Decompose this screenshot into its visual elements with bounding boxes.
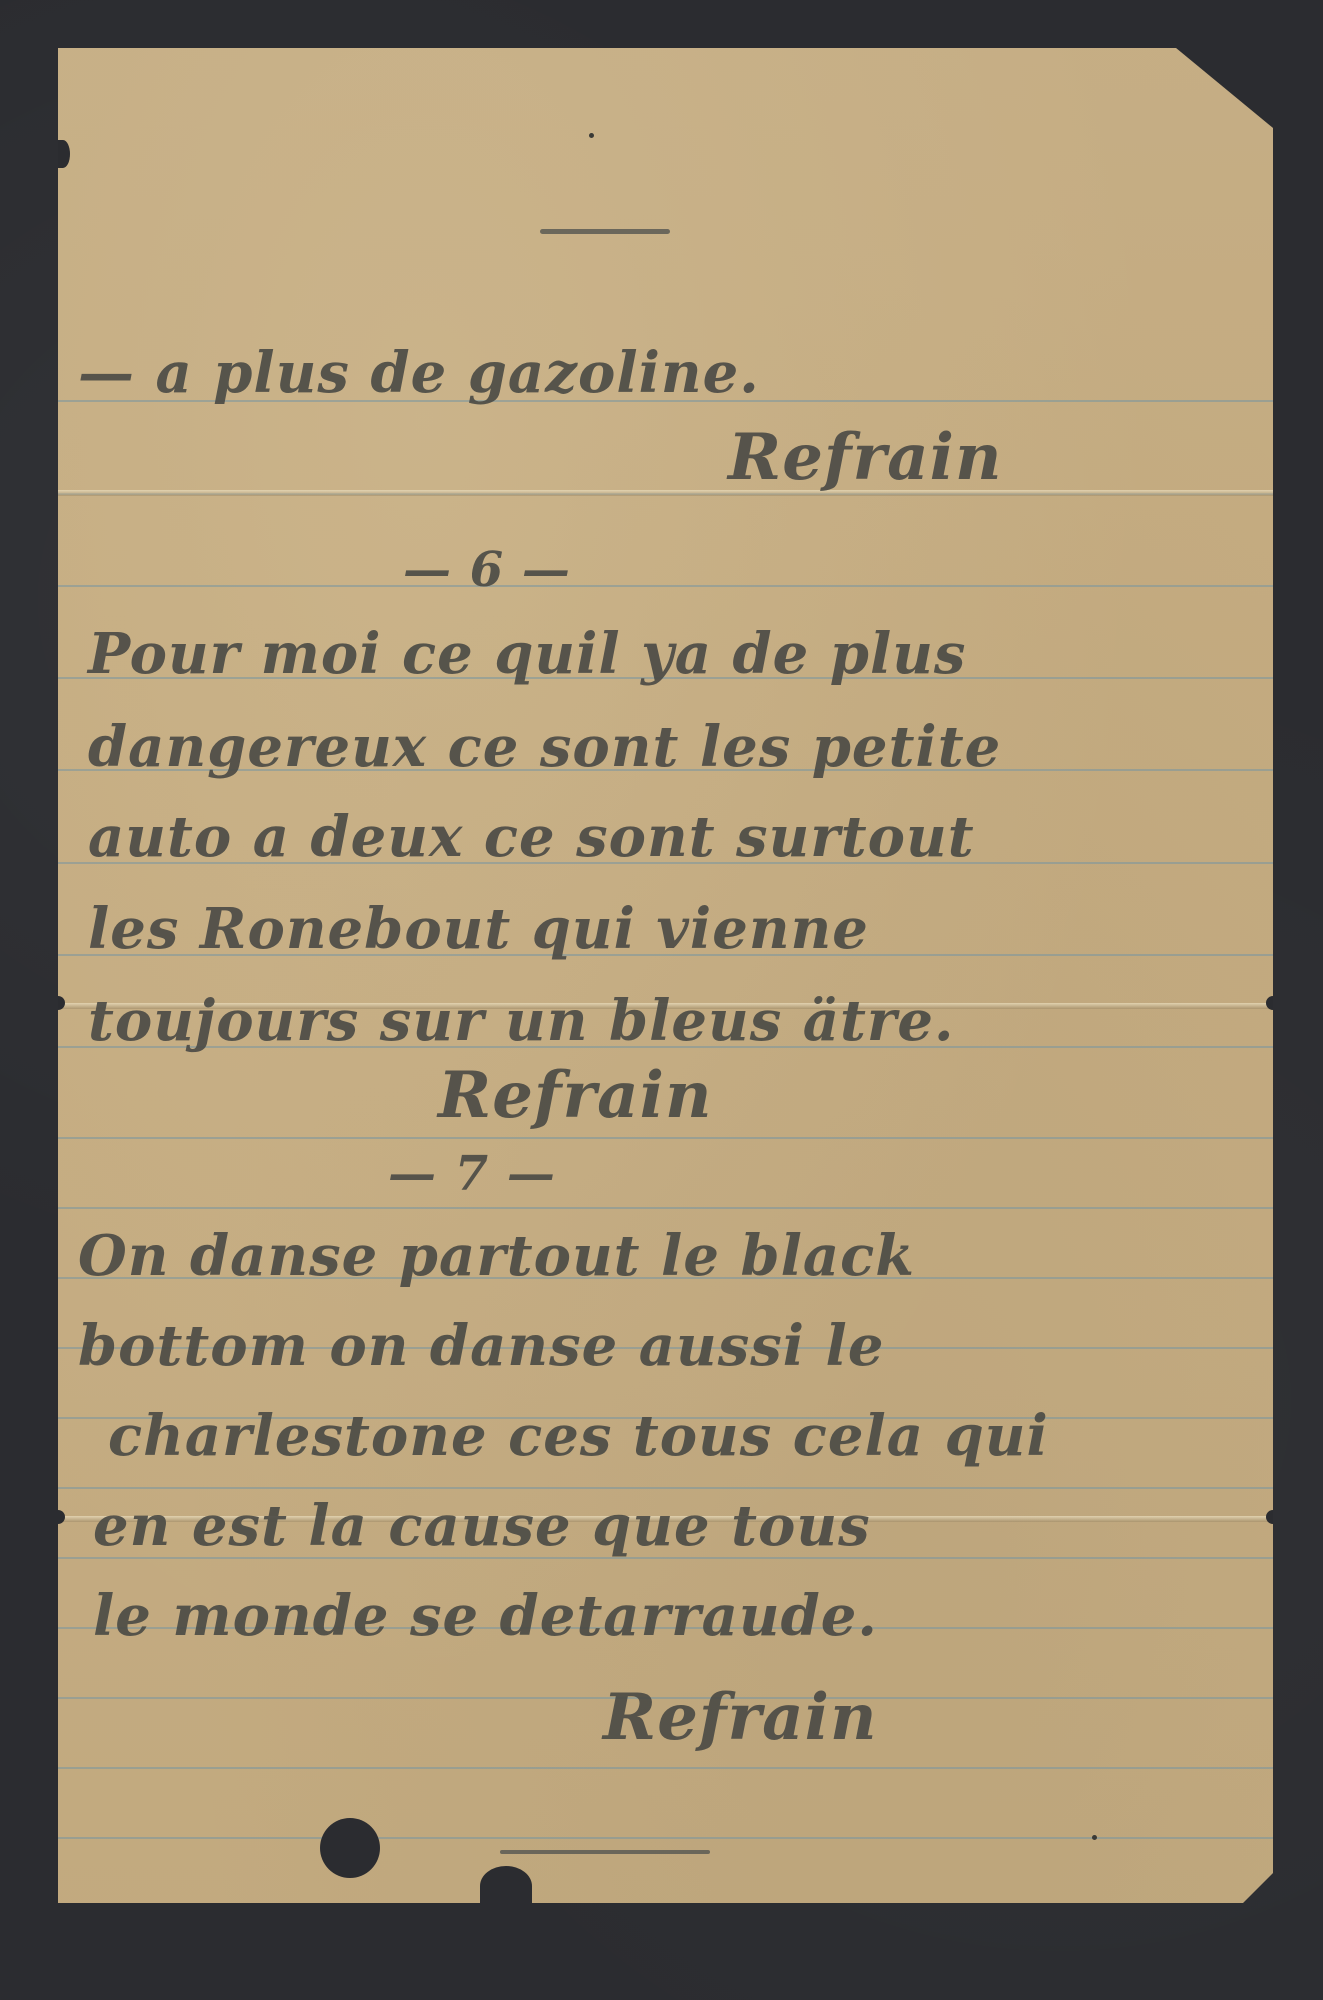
verse-line: en est la cause que tous (93, 1493, 871, 1559)
verse-line: dangereux ce sont les petite (88, 714, 1001, 780)
verse-line: On danse partout le black (78, 1223, 915, 1289)
refrain-label: Refrain (728, 420, 1002, 495)
torn-edge-notch (56, 140, 70, 168)
ruled-line (58, 1767, 1273, 1769)
fold-crease (58, 490, 1273, 496)
verse-line: auto a deux ce sont surtout (88, 804, 975, 870)
verse-line: bottom on danse aussi le (78, 1313, 884, 1379)
end-separator-dash (500, 1850, 710, 1854)
verse-line: charlestone ces tous cela qui (108, 1403, 1049, 1469)
refrain-label: Refrain (438, 1058, 712, 1133)
manuscript-page: — a plus de gazoline. Refrain — 6 — Pour… (58, 48, 1273, 1903)
verse-number-label: — 6 — (403, 542, 571, 598)
ruled-line (58, 1487, 1273, 1489)
verse-line: les Ronebout qui vienne (88, 896, 869, 962)
ruled-line (58, 1137, 1273, 1139)
ink-speck (1092, 1835, 1097, 1840)
verse-line: toujours sur un bleus ätre. (88, 988, 955, 1054)
verse-number-label: — 7 — (388, 1146, 556, 1202)
punch-hole (320, 1818, 380, 1878)
ink-speck (589, 133, 594, 138)
verse-line: le monde se detarraude. (93, 1583, 878, 1649)
ruled-line (58, 1207, 1273, 1209)
verse-line: Pour moi ce quil ya de plus (88, 621, 966, 687)
refrain-label: Refrain (603, 1680, 877, 1755)
continuation-line: — a plus de gazoline. (78, 340, 760, 406)
ruled-line (58, 585, 1273, 587)
bottom-edge-notch (480, 1866, 532, 1906)
top-separator-dash (540, 229, 670, 234)
ruled-line (58, 1837, 1273, 1839)
